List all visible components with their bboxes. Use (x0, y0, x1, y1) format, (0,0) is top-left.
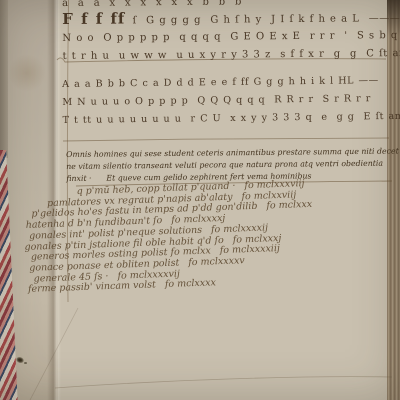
alphabet-row-lead: F f f ff (62, 9, 133, 28)
faint-bottom-rule (55, 377, 392, 388)
manuscript-photo: a a a x x x x x x b b b C C F f f ff ſ G… (0, 0, 400, 400)
alphabet-row: t t r h u u w w w u u x y r y 3 3 z s f … (62, 44, 394, 64)
alphabet-row-text: T t tt u u u u u u u u r C U x x y y 3 3… (62, 111, 400, 126)
folio-reference: fo mclxxx (266, 199, 312, 212)
alphabet-row-text: t t r h u u w w w u u x y r y 3 3 z s f … (62, 47, 400, 61)
alphabet-row-text: ſ G g g g g G h ſ h y J I ſ k f h e a L … (133, 12, 400, 26)
alphabet-row: N o o O p p p p p q q q q G E O E x E r … (62, 26, 394, 46)
alphabet-row-text: A a a B b b C c a D d d E e e f ff G g g… (62, 75, 379, 90)
alphabet-row-text: M N u u u o O p p p p Q Q Q q q q R R r … (62, 93, 371, 108)
alphabet-row-text: a a a x x x x x x b b b C C (62, 0, 400, 9)
alphabet-practice-block-2: A a a B b b C c a D d d E e e f ff G g g… (62, 72, 395, 130)
section-rule-2 (63, 138, 389, 141)
folio-index-list: q p'mū heb, copp tollat p'quand ·fo mclx… (21, 176, 397, 296)
folio-reference: fo mclxxxx (165, 278, 216, 291)
alphabet-row-text: N o o O p p p p p q q q q G E O E x E r … (62, 30, 398, 44)
corner-crease (30, 308, 78, 400)
alphabet-practice-block-1: a a a x x x x x x b b b C C F f f ff ſ G… (62, 0, 395, 64)
